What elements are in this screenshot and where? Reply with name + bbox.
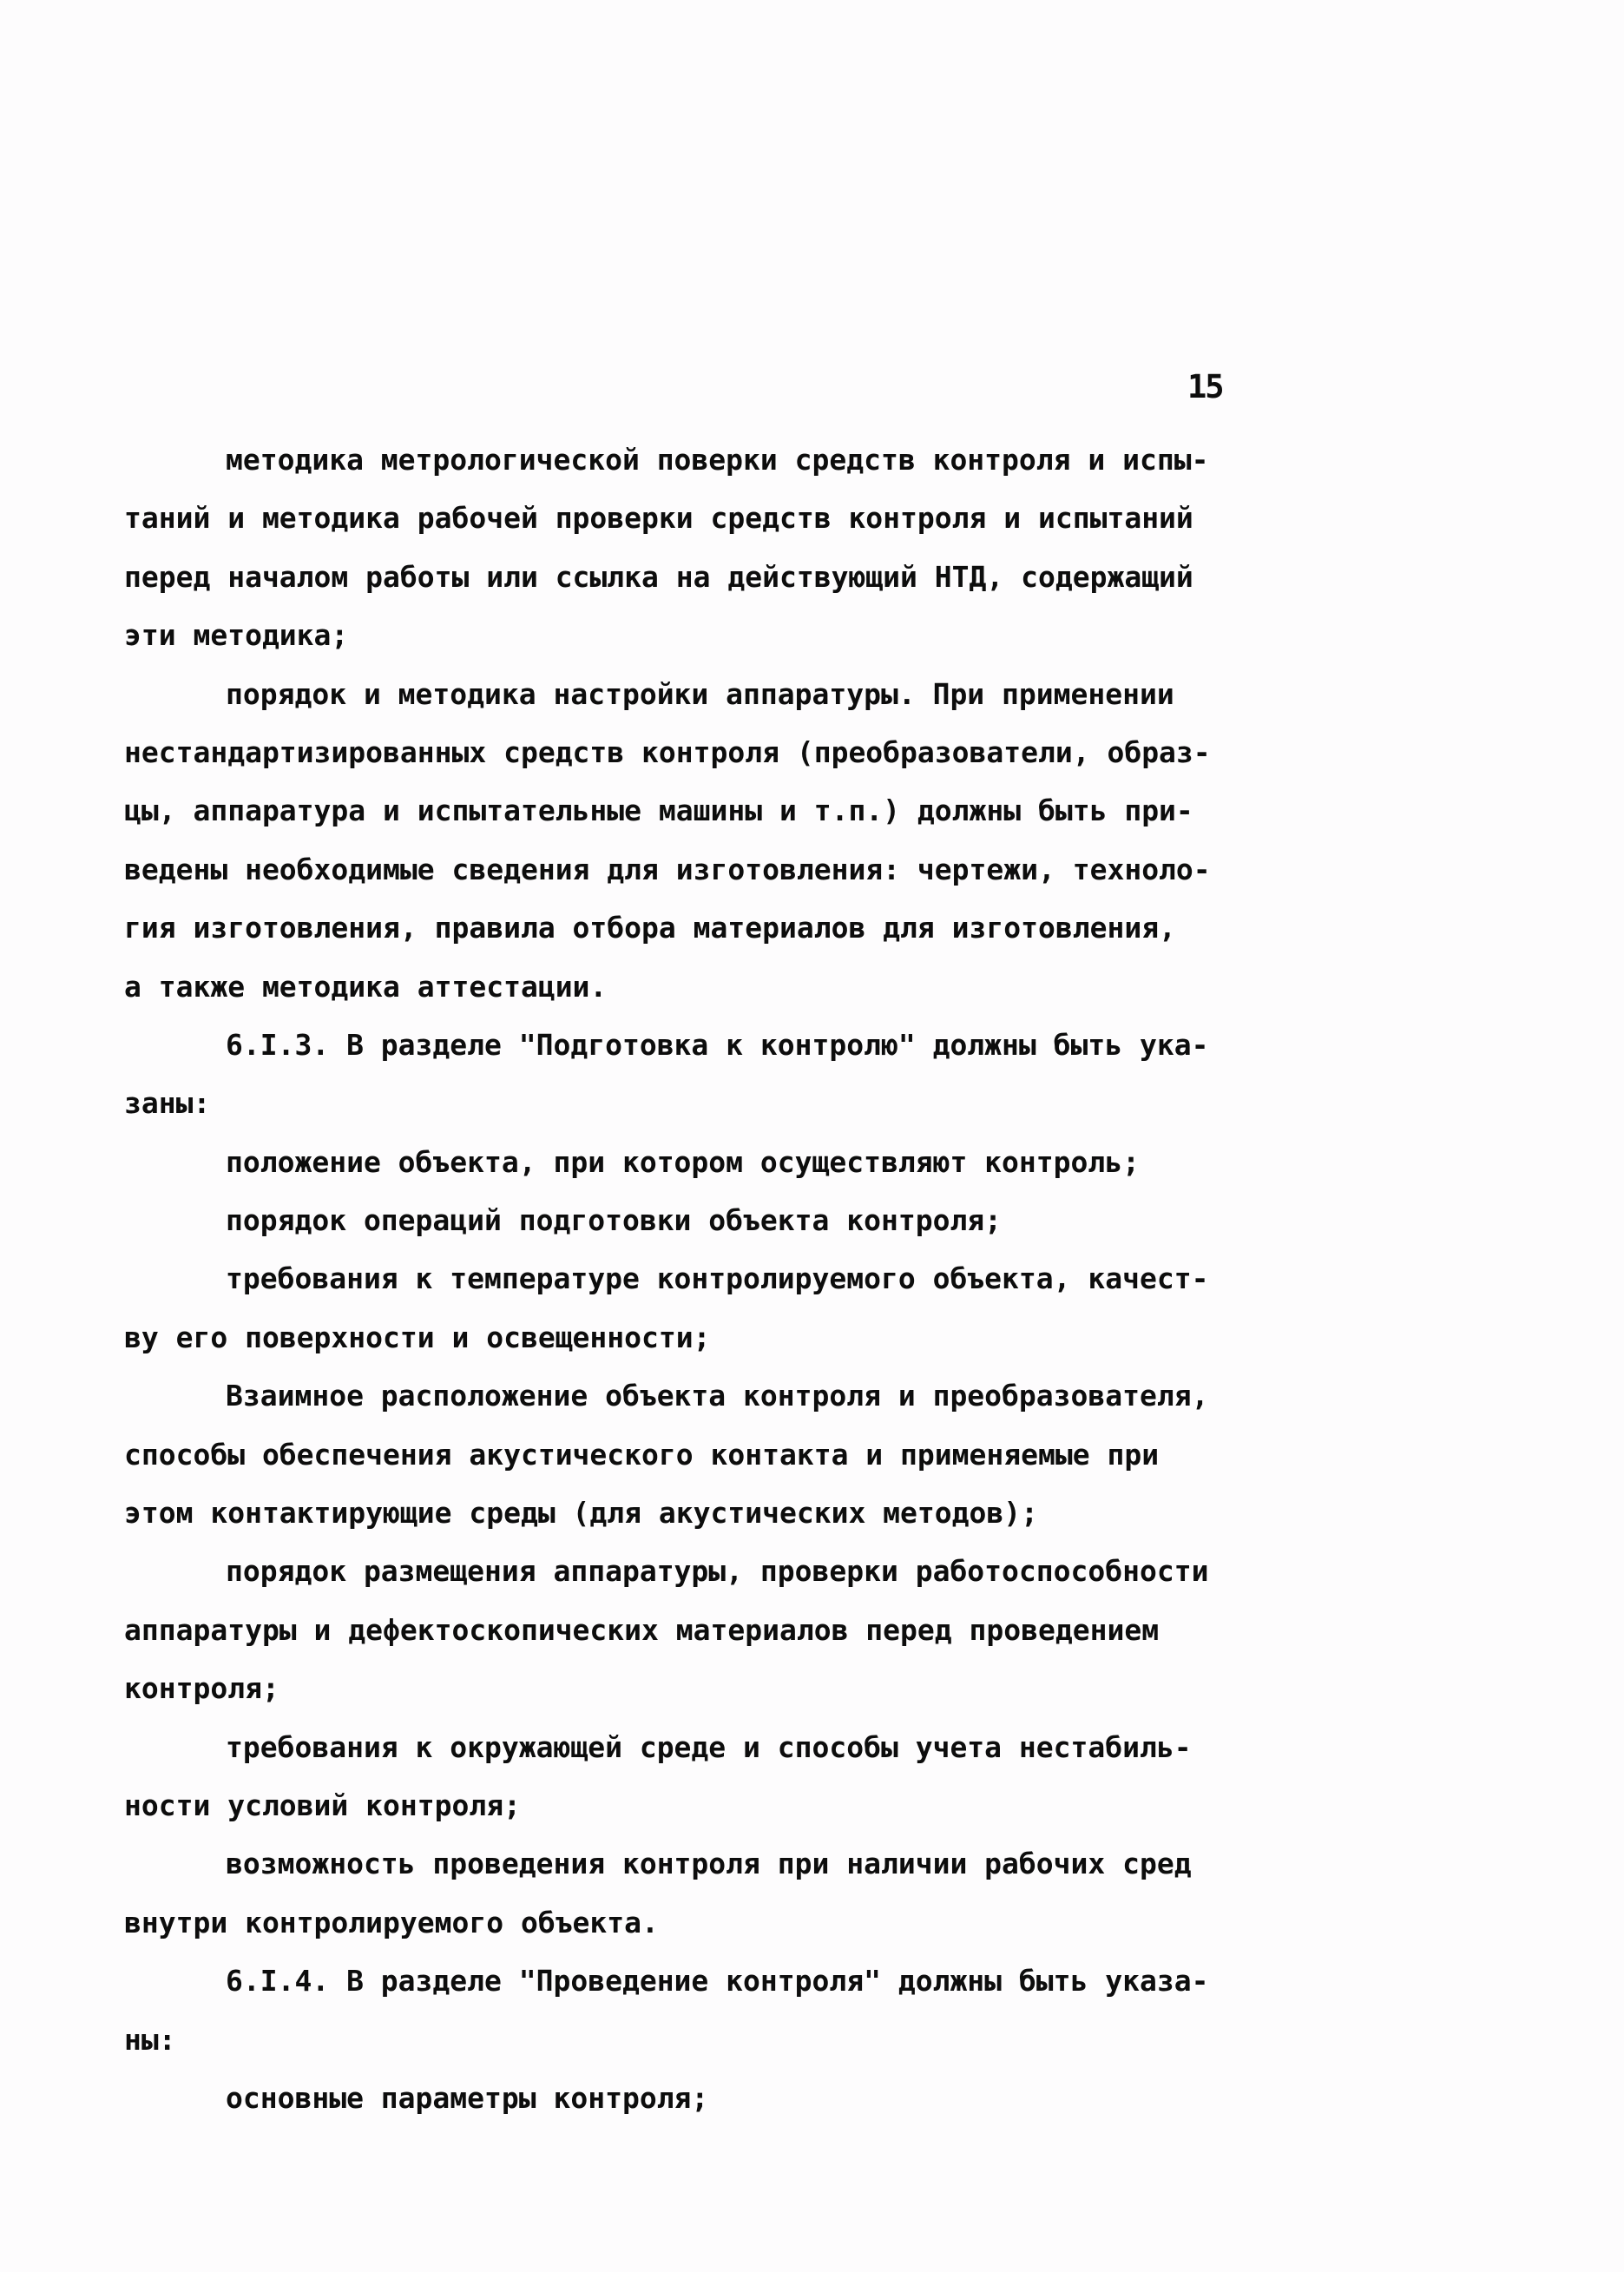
text-line: Взаимное расположение объекта контроля и… [124,1366,1270,1425]
document-text: методика метрологической поверки средств… [124,431,1270,2127]
text-line: заны: [124,1074,1270,1132]
text-line: 6.I.3. В разделе "Подготовка к контролю"… [124,1016,1270,1074]
text-line: возможность проведения контроля при нали… [124,1834,1270,1893]
text-line: ности условий контроля; [124,1776,1270,1834]
text-line: перед началом работы или ссылка на дейст… [124,548,1270,606]
text-line: эти методика; [124,606,1270,664]
text-line: контроля; [124,1659,1270,1717]
text-line: нестандартизированных средств контроля (… [124,723,1270,781]
text-line: требования к температуре контролируемого… [124,1249,1270,1307]
document-page: 15 методика метрологической поверки сред… [0,0,1624,2272]
text-line: основные параметры контроля; [124,2069,1270,2127]
text-line: ведены необходимые сведения для изготовл… [124,840,1270,899]
text-line: методика метрологической поверки средств… [124,431,1270,489]
text-line: а также методика аттестации. [124,958,1270,1016]
text-line: цы, аппаратура и испытательные машины и … [124,781,1270,840]
text-line: способы обеспечения акустического контак… [124,1426,1270,1484]
text-line: гия изготовления, правила отбора материа… [124,899,1270,957]
text-line: порядок операций подготовки объекта конт… [124,1191,1270,1249]
text-line: 6.I.4. В разделе "Проведение контроля" д… [124,1952,1270,2010]
text-line: положение объекта, при котором осуществл… [124,1133,1270,1191]
text-line: порядок размещения аппаратуры, проверки … [124,1542,1270,1600]
page-number: 15 [1187,368,1223,405]
text-line: ны: [124,2011,1270,2069]
text-line: требования к окружающей среде и способы … [124,1718,1270,1776]
text-line: ву его поверхности и освещенности; [124,1308,1270,1366]
text-line: внутри контролируемого объекта. [124,1893,1270,1952]
text-line: таний и методика рабочей проверки средст… [124,489,1270,547]
text-line: этом контактирующие среды (для акустичес… [124,1484,1270,1542]
text-line: порядок и методика настройки аппаратуры.… [124,665,1270,723]
text-line: аппаратуры и дефектоскопических материал… [124,1601,1270,1659]
